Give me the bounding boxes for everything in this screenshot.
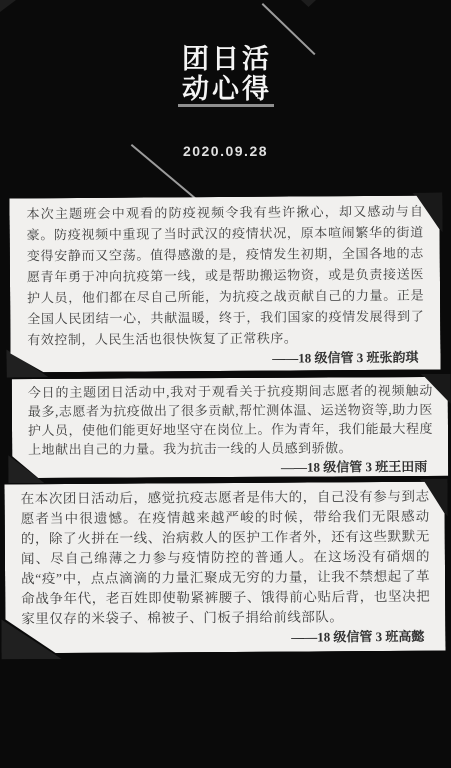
- date-label: 2020.09.28: [0, 143, 451, 159]
- note-card-3: 在本次团日活动后，感觉抗疫志愿者是伟大的，自己没有参与到志愿者当中很遗憾。在疫情…: [4, 482, 445, 654]
- note-card-paper: 今日的主题团日活动中,我对于观看关于抗疫期间志愿者的视频触动最多,志愿者为抗疫做…: [12, 377, 449, 478]
- title-underline: [178, 104, 274, 107]
- note-card-paper: 本次主题班会中观看的防疫视频令我有些许揪心，却又感动与自豪。防疫视频中重现了当时…: [9, 196, 440, 373]
- note-card-2: 今日的主题团日活动中,我对于观看关于抗疫期间志愿者的视频触动最多,志愿者为抗疫做…: [12, 377, 449, 478]
- corner-notch-top-right: [301, 0, 316, 7]
- note-card-paper: 在本次团日活动后，感觉抗疫志愿者是伟大的，自己没有参与到志愿者当中很遗憾。在疫情…: [4, 482, 445, 654]
- poster-background: 团日活 动心得 2020.09.28 本次主题班会中观看的防疫视频令我有些许揪心…: [0, 0, 451, 768]
- corner-notch-top-left: [0, 0, 16, 12]
- note-card-body: 今日的主题团日活动中,我对于观看关于抗疫期间志愿者的视频触动最多,志愿者为抗疫做…: [28, 381, 433, 459]
- page-title: 团日活 动心得: [0, 44, 451, 104]
- note-card-attribution: ——18 级信管 3 班王田雨: [28, 457, 433, 478]
- note-card-1: 本次主题班会中观看的防疫视频令我有些许揪心，却又感动与自豪。防疫视频中重现了当时…: [9, 196, 440, 373]
- note-card-body: 本次主题班会中观看的防疫视频令我有些许揪心，却又感动与自豪。防疫视频中重现了当时…: [26, 201, 424, 351]
- page-title-line1: 团日活: [3, 44, 451, 74]
- note-card-attribution: ——18 级信管 3 班张韵琪: [27, 348, 424, 370]
- note-card-attribution: ——18 级信管 3 班高懿: [21, 627, 430, 648]
- page-title-line2: 动心得: [3, 74, 451, 104]
- note-card-body: 在本次团日活动后，感觉抗疫志愿者是伟大的，自己没有参与到志愿者当中很遗憾。在疫情…: [21, 487, 431, 629]
